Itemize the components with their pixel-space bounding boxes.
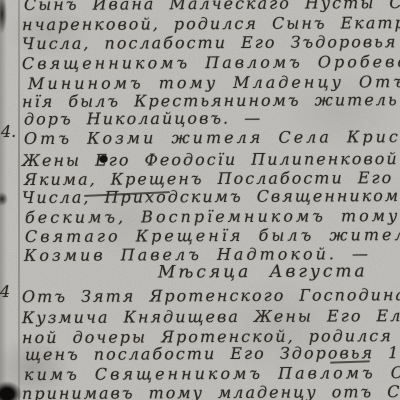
manuscript-line: Числа, послабости Его Зъдоровья Пр <box>22 32 400 53</box>
manuscript-line: Священникомъ Павломъ Оробевск <box>22 52 400 73</box>
manuscript-line: Числа, Приходскимъ Священникомъ <box>22 186 400 207</box>
manuscript-line: Отъ Зятя Яротенского Господина Кир <box>22 285 400 306</box>
manuscript-line: Кузмича Княдищева Жены Его Елиса <box>22 306 400 327</box>
manuscript-line: нчаренковой, родился Сынъ Екатрїтїл <box>22 13 400 34</box>
edge-smudge <box>0 192 8 206</box>
manuscript-line: кимъ Священникомъ Павломъ Ор <box>24 363 400 384</box>
month-heading: Мѣсяца Августа <box>158 261 368 282</box>
margin-rule-line <box>18 0 20 400</box>
manuscript-line: Отъ Козми жителя Села Крисои <box>24 127 400 148</box>
corner-shadow <box>0 381 22 400</box>
manuscript-page-scan: 4. 4 Сынъ Ивана Малческаго Нусты С нчаре… <box>0 0 400 400</box>
manuscript-line: Святаго Крещенїя былъ житель <box>25 225 400 246</box>
ink-blot <box>99 155 108 163</box>
manuscript-line: доръ Николайцовъ. — <box>24 108 262 128</box>
entry-number: 4 <box>0 282 10 301</box>
manuscript-line: бескимъ, Воспрїемникомъ тому <box>25 206 400 227</box>
manuscript-line: Сынъ Ивана Малческаго Нусты С <box>24 0 400 14</box>
manuscript-line: принимавъ тому младенцу отъ Св <box>22 382 400 400</box>
entry-number: 4. <box>1 122 16 141</box>
manuscript-line: Жены Его Феодосїи Пилипенковой <box>22 149 399 170</box>
edge-shadow <box>0 0 7 34</box>
